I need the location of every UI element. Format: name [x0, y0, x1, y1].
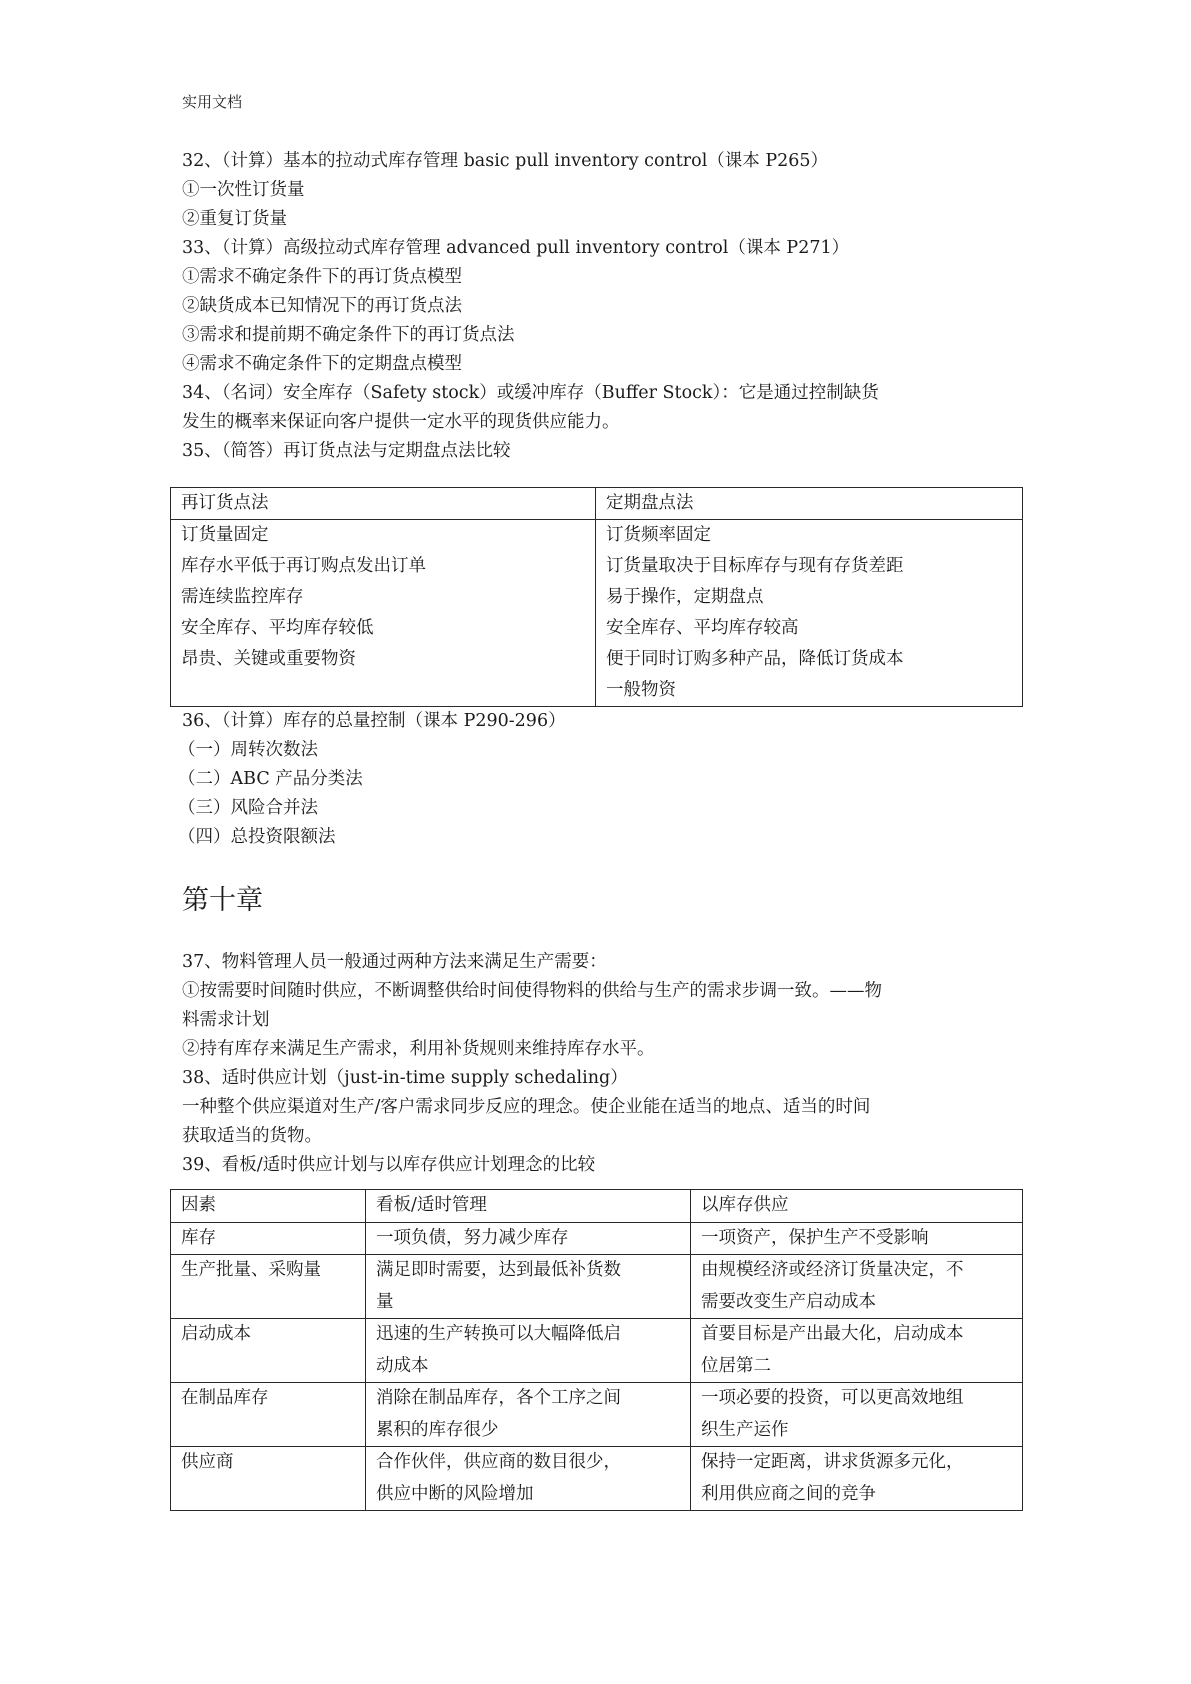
- table-cell-factor: 启动成本: [171, 1319, 366, 1383]
- cell-line: 合作伙伴，供应商的数目很少，: [376, 1447, 690, 1479]
- table-row: 库存 一项负债，努力减少库存 一项资产，保护生产不受影响: [171, 1222, 1023, 1255]
- section-37-item-1-line-1: ①按需要时间随时供应，不断调整供给时间使得物料的供给与生产的需求步调一致。——物: [182, 979, 882, 1003]
- cell-line: 一项负债，努力减少库存: [376, 1223, 690, 1255]
- section-38-title: 38、适时供应计划（just-in-time supply schedaling…: [182, 1066, 628, 1090]
- cell-line: 库存水平低于再订购点发出订单: [181, 551, 595, 582]
- table-row: 在制品库存 消除在制品库存，各个工序之间 累积的库存很少 一项必要的投资，可以更…: [171, 1383, 1023, 1447]
- table-cell-jit: 满足即时需要，达到最低补货数 量: [366, 1255, 691, 1319]
- cell-line: 由规模经济或经济订货量决定，不: [701, 1255, 1022, 1287]
- section-37-item-1-line-2: 料需求计划: [182, 1008, 270, 1032]
- cell-line: 订货量固定: [181, 520, 595, 551]
- section-33-title: 33、（计算）高级拉动式库存管理 advanced pull inventory…: [182, 236, 849, 260]
- table-header-cell: 定期盘点法: [596, 488, 1023, 520]
- cell-line: 订货量取决于目标库存与现有存货差距: [606, 551, 1022, 582]
- section-36-item-2: （二）ABC 产品分类法: [178, 767, 363, 791]
- document-page: 实用文档 32、（计算）基本的拉动式库存管理 basic pull invent…: [0, 0, 1191, 1684]
- cell-line: 昂贵、关键或重要物资: [181, 644, 595, 675]
- table-row: 供应商 合作伙伴，供应商的数目很少， 供应中断的风险增加 保持一定距离，讲求货源…: [171, 1447, 1023, 1511]
- section-34-line-2: 发生的概率来保证向客户提供一定水平的现货供应能力。: [182, 410, 620, 434]
- table-header-row: 再订货点法 定期盘点法: [171, 488, 1023, 520]
- section-38-line-1: 一种整个供应渠道对生产/客户需求同步反应的理念。使企业能在适当的地点、适当的时间: [182, 1095, 870, 1119]
- cell-line: 织生产运作: [701, 1415, 1022, 1447]
- table-cell-periodic-review: 订货频率固定 订货量取决于目标库存与现有存货差距 易于操作，定期盘点 安全库存、…: [596, 520, 1023, 707]
- cell-line: 供应中断的风险增加: [376, 1479, 690, 1511]
- section-38-line-2: 获取适当的货物。: [182, 1124, 322, 1148]
- section-36-item-3: （三）风险合并法: [178, 796, 318, 820]
- section-36-item-1: （一）周转次数法: [178, 738, 318, 762]
- section-33-item-2: ②缺货成本已知情况下的再订货点法: [182, 294, 462, 318]
- document-header-label: 实用文档: [182, 92, 242, 112]
- section-32-item-1: ①一次性订货量: [182, 178, 305, 202]
- table-cell-factor: 在制品库存: [171, 1383, 366, 1447]
- section-37-item-2: ②持有库存来满足生产需求，利用补货规则来维持库存水平。: [182, 1037, 655, 1061]
- section-35-title: 35、（简答）再订货点法与定期盘点法比较: [182, 439, 511, 463]
- cell-line: 安全库存、平均库存较低: [181, 613, 595, 644]
- cell-line: 累积的库存很少: [376, 1415, 690, 1447]
- cell-line: 动成本: [376, 1351, 690, 1383]
- cell-line: [181, 675, 595, 706]
- table-cell-stock: 一项必要的投资，可以更高效地组 织生产运作: [691, 1383, 1023, 1447]
- table-cell-factor: 供应商: [171, 1447, 366, 1511]
- table-cell-factor: 库存: [171, 1222, 366, 1255]
- cell-line: 位居第二: [701, 1351, 1022, 1383]
- table-header-cell: 因素: [171, 1190, 366, 1223]
- table-row: 订货量固定 库存水平低于再订购点发出订单 需连续监控库存 安全库存、平均库存较低…: [171, 520, 1023, 707]
- table-cell-stock: 由规模经济或经济订货量决定，不 需要改变生产启动成本: [691, 1255, 1023, 1319]
- reorder-vs-periodic-table: 再订货点法 定期盘点法 订货量固定 库存水平低于再订购点发出订单 需连续监控库存…: [170, 487, 1023, 707]
- cell-line: 利用供应商之间的竞争: [701, 1479, 1022, 1511]
- section-33-item-3: ③需求和提前期不确定条件下的再订货点法: [182, 323, 515, 347]
- cell-line: 消除在制品库存，各个工序之间: [376, 1383, 690, 1415]
- section-36-item-4: （四）总投资限额法: [178, 825, 336, 849]
- table-cell-jit: 合作伙伴，供应商的数目很少， 供应中断的风险增加: [366, 1447, 691, 1511]
- cell-line: 便于同时订购多种产品，降低订货成本: [606, 644, 1022, 675]
- cell-line: 量: [376, 1287, 690, 1319]
- cell-line: 首要目标是产出最大化，启动成本: [701, 1319, 1022, 1351]
- cell-line: 保持一定距离，讲求货源多元化，: [701, 1447, 1022, 1479]
- cell-line: 迅速的生产转换可以大幅降低启: [376, 1319, 690, 1351]
- cell-line: 安全库存、平均库存较高: [606, 613, 1022, 644]
- cell-line: 需要改变生产启动成本: [701, 1287, 1022, 1319]
- cell-line: 一项必要的投资，可以更高效地组: [701, 1383, 1022, 1415]
- table-cell-jit: 消除在制品库存，各个工序之间 累积的库存很少: [366, 1383, 691, 1447]
- table-row: 启动成本 迅速的生产转换可以大幅降低启 动成本 首要目标是产出最大化，启动成本 …: [171, 1319, 1023, 1383]
- section-34-line-1: 34、（名词）安全库存（Safety stock）或缓冲库存（Buffer St…: [182, 381, 879, 405]
- section-32-item-2: ②重复订货量: [182, 207, 287, 231]
- section-33-item-4: ④需求不确定条件下的定期盘点模型: [182, 352, 462, 376]
- section-39-title: 39、看板/适时供应计划与以库存供应计划理念的比较: [182, 1153, 595, 1177]
- cell-line: 订货频率固定: [606, 520, 1022, 551]
- table-cell-stock: 一项资产，保护生产不受影响: [691, 1222, 1023, 1255]
- table-cell-stock: 保持一定距离，讲求货源多元化， 利用供应商之间的竞争: [691, 1447, 1023, 1511]
- table-header-row: 因素 看板/适时管理 以库存供应: [171, 1190, 1023, 1223]
- table-row: 生产批量、采购量 满足即时需要，达到最低补货数 量 由规模经济或经济订货量决定，…: [171, 1255, 1023, 1319]
- section-32-title: 32、（计算）基本的拉动式库存管理 basic pull inventory c…: [182, 149, 828, 173]
- table-cell-jit: 一项负债，努力减少库存: [366, 1222, 691, 1255]
- table-cell-jit: 迅速的生产转换可以大幅降低启 动成本: [366, 1319, 691, 1383]
- section-36-title: 36、（计算）库存的总量控制（课本 P290-296）: [182, 709, 566, 733]
- section-37-title: 37、物料管理人员一般通过两种方法来满足生产需要：: [182, 950, 607, 974]
- chapter-heading: 第十章: [182, 884, 263, 918]
- table-cell-factor: 生产批量、采购量: [171, 1255, 366, 1319]
- table-header-cell: 再订货点法: [171, 488, 596, 520]
- cell-line: 一项资产，保护生产不受影响: [701, 1223, 1022, 1255]
- cell-line: 易于操作，定期盘点: [606, 582, 1022, 613]
- cell-line: 满足即时需要，达到最低补货数: [376, 1255, 690, 1287]
- table-header-cell: 以库存供应: [691, 1190, 1023, 1223]
- table-cell-stock: 首要目标是产出最大化，启动成本 位居第二: [691, 1319, 1023, 1383]
- cell-line: 需连续监控库存: [181, 582, 595, 613]
- table-cell-reorder-point: 订货量固定 库存水平低于再订购点发出订单 需连续监控库存 安全库存、平均库存较低…: [171, 520, 596, 707]
- kanban-vs-stock-table: 因素 看板/适时管理 以库存供应 库存 一项负债，努力减少库存 一项资产，保护生…: [170, 1189, 1023, 1511]
- section-33-item-1: ①需求不确定条件下的再订货点模型: [182, 265, 462, 289]
- cell-line: 一般物资: [606, 675, 1022, 706]
- table-header-cell: 看板/适时管理: [366, 1190, 691, 1223]
